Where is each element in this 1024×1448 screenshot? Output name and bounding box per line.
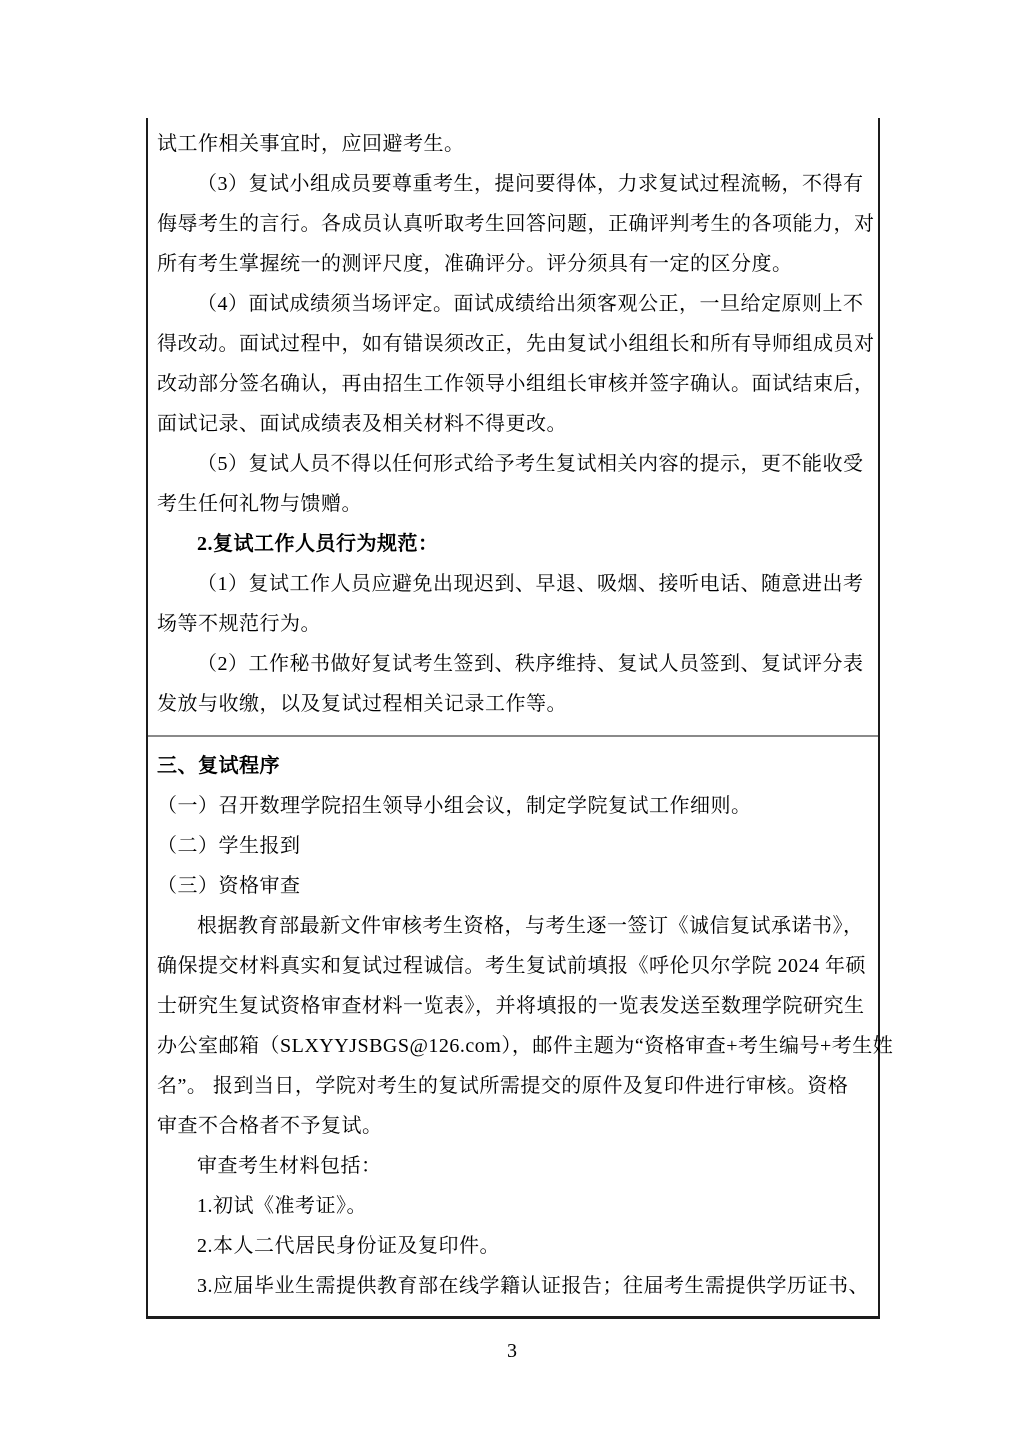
text-line: （4）面试成绩须当场评定。面试成绩给出须客观公正，一旦给定原则上不 [157,284,870,324]
text-line: 所有考生掌握统一的测评尺度，准确评分。评分须具有一定的区分度。 [157,244,870,284]
text-line: 名”。 报到当日，学院对考生的复试所需提交的原件及复印件进行审核。资格 [157,1066,870,1106]
text-line: （2）工作秘书做好复试考生签到、秩序维持、复试人员签到、复试评分表 [157,644,870,684]
text-line: 审查不合格者不予复试。 [157,1106,870,1146]
text-line: 审查考生材料包括： [157,1146,870,1186]
table-cell-discipline-rules: 试工作相关事宜时，应回避考生。（3）复试小组成员要尊重考生，提问要得体，力求复试… [148,118,878,737]
text-line: 确保提交材料真实和复试过程诚信。考生复试前填报《呼伦贝尔学院 2024 年硕 [157,946,870,986]
text-line: 试工作相关事宜时，应回避考生。 [157,124,870,164]
text-line: 侮辱考生的言行。各成员认真听取考生回答问题，正确评判考生的各项能力，对 [157,204,870,244]
text-line: 得改动。面试过程中，如有错误须改正，先由复试小组组长和所有导师组成员对 [157,324,870,364]
text-line: 办公室邮箱（SLXYYJSBGS@126.com），邮件主题为“资格审查+考生编… [157,1026,870,1066]
text-line: （5）复试人员不得以任何形式给予考生复试相关内容的提示，更不能收受 [157,444,870,484]
text-line: 2.本人二代居民身份证及复印件。 [157,1226,870,1266]
text-line: 士研究生复试资格审查材料一览表》，并将填报的一览表发送至数理学院研究生 [157,986,870,1026]
table-cell-reexam-procedure: 三、复试程序（一）召开数理学院招生领导小组会议，制定学院复试工作细则。（二）学生… [148,737,878,1316]
document-table: 试工作相关事宜时，应回避考生。（3）复试小组成员要尊重考生，提问要得体，力求复试… [146,118,880,1319]
page-number: 3 [0,1336,1024,1366]
text-line: （1）复试工作人员应避免出现迟到、早退、吸烟、接听电话、随意进出考 [157,564,870,604]
text-line: 面试记录、面试成绩表及相关材料不得更改。 [157,404,870,444]
text-line: 2.复试工作人员行为规范： [157,524,870,564]
text-line: 场等不规范行为。 [157,604,870,644]
text-line: 改动部分签名确认，再由招生工作领导小组组长审核并签字确认。面试结束后， [157,364,870,404]
text-line: 考生任何礼物与馈赠。 [157,484,870,524]
text-line: 发放与收缴，以及复试过程相关记录工作等。 [157,684,870,724]
text-line: （三）资格审查 [157,866,870,906]
text-line: 1.初试《准考证》。 [157,1186,870,1226]
text-line: 根据教育部最新文件审核考生资格，与考生逐一签订《诚信复试承诺书》， [157,906,870,946]
text-line: （一）召开数理学院招生领导小组会议，制定学院复试工作细则。 [157,786,870,826]
text-line: （3）复试小组成员要尊重考生，提问要得体，力求复试过程流畅，不得有 [157,164,870,204]
text-line: 三、复试程序 [157,746,870,786]
text-line: （二）学生报到 [157,826,870,866]
text-line: 3.应届毕业生需提供教育部在线学籍认证报告；往届考生需提供学历证书、 [157,1266,870,1306]
